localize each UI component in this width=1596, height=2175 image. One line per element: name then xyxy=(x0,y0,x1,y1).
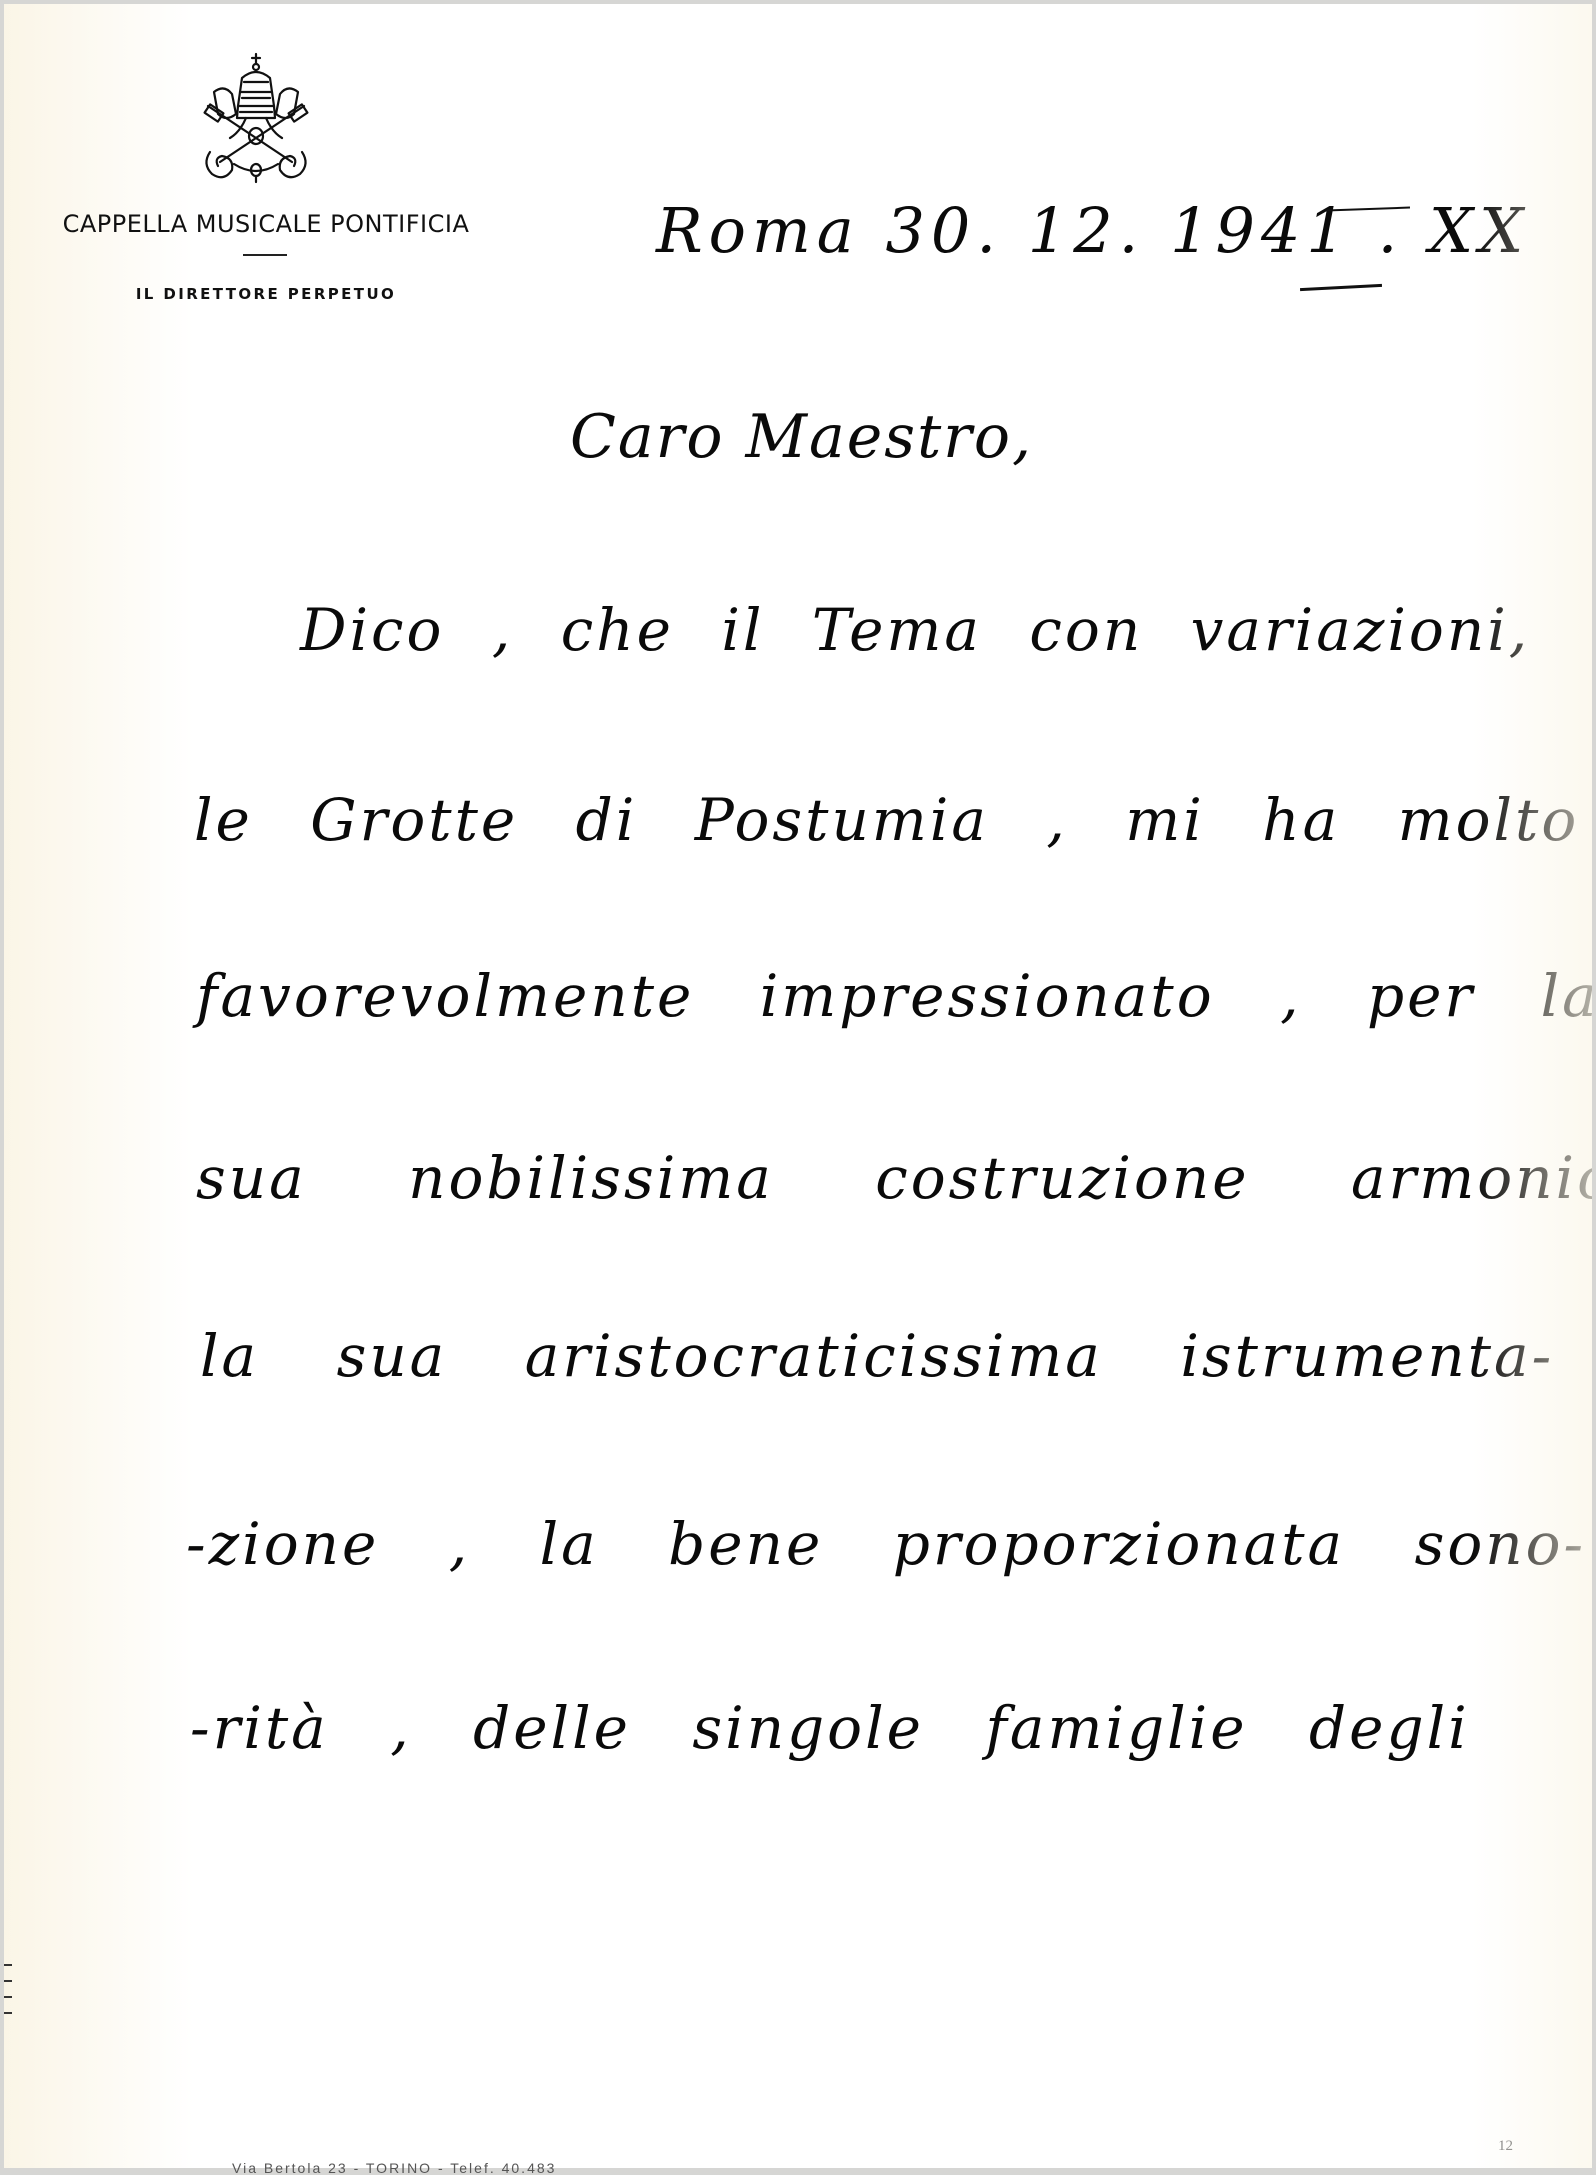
dateline: Roma 30. 12. 1941 . XX xyxy=(656,194,1529,267)
body-line: -rità , delle singole famiglie degli xyxy=(190,1694,1470,1762)
page-number: 12 xyxy=(1498,2138,1513,2155)
body-line: le Grotte di Postumia , mi ha molto xyxy=(194,786,1579,854)
era-year-underline xyxy=(1300,284,1382,291)
organization-title: IL DIRETTORE PERPETUO xyxy=(56,285,476,303)
body-line: favorevolmente impressionato , per la xyxy=(196,962,1592,1030)
body-line: sua nobilissima costruzione armonica, xyxy=(196,1144,1592,1212)
margin-marks xyxy=(4,1964,12,2044)
scan-border xyxy=(1592,0,1596,2175)
organization-name: CAPPELLA MUSICALE PONTIFICIA xyxy=(56,210,476,238)
letter-page: CAPPELLA MUSICALE PONTIFICIA IL DIRETTOR… xyxy=(4,4,1592,2168)
salutation: Caro Maestro, xyxy=(570,402,1033,472)
footer-address: Via Bertola 23 - TORINO - Telef. 40.483 xyxy=(232,2160,556,2175)
body-line: Dico , che il Tema con variazioni, xyxy=(300,596,1530,664)
papal-tiara-crossed-keys-icon xyxy=(200,52,312,184)
body-line: la sua aristocraticissima istrumenta- xyxy=(200,1322,1554,1390)
letterhead-divider xyxy=(243,254,287,256)
body-line: -zione , la bene proporzionata sono- xyxy=(186,1510,1586,1578)
